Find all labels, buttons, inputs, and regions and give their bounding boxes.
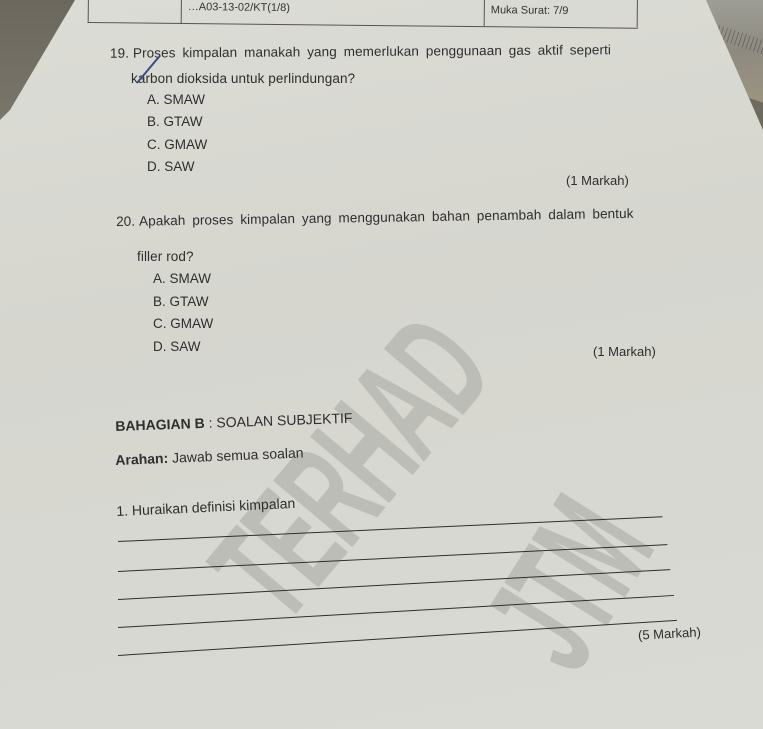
- q19-option-b[interactable]: B. GTAW: [147, 114, 203, 129]
- question-text: Proses kimpalan manakah yang memerlukan …: [133, 42, 611, 60]
- answer-line[interactable]: [118, 569, 670, 600]
- q19-option-a[interactable]: A. SMAW: [147, 92, 205, 107]
- answer-line[interactable]: [118, 516, 662, 542]
- section-b-title: BAHAGIAN B : SOALAN SUBJEKTIF: [115, 410, 353, 434]
- q20-option-a[interactable]: A. SMAW: [153, 271, 211, 286]
- q20-option-b[interactable]: B. GTAW: [153, 294, 209, 309]
- question-number: 20.: [116, 214, 135, 229]
- answer-line[interactable]: [118, 544, 667, 572]
- section-b-marks: (5 Markah): [638, 624, 702, 642]
- section-subtitle: : SOALAN SUBJEKTIF: [208, 410, 352, 431]
- exam-paper: …A03-13-02/KT(1/8) Muka Surat: 7/9 TERHA…: [0, 0, 763, 729]
- answer-line[interactable]: [118, 595, 674, 628]
- instructions: Arahan: Jawab semua soalan: [115, 444, 304, 468]
- answer-line[interactable]: [118, 620, 677, 656]
- q19-marks: (1 Markah): [566, 173, 629, 188]
- instruction-text: Jawab semua soalan: [172, 444, 304, 465]
- question-19: 19. Proses kimpalan manakah yang memerlu…: [110, 42, 611, 60]
- question-20: 20. Apakah proses kimpalan yang mengguna…: [116, 206, 634, 229]
- q19-option-c[interactable]: C. GMAW: [147, 137, 207, 152]
- q20-option-c[interactable]: C. GMAW: [153, 316, 213, 331]
- question-text: Apakah proses kimpalan yang menggunakan …: [139, 206, 634, 229]
- section-label: BAHAGIAN B: [115, 415, 205, 434]
- q20-option-d[interactable]: D. SAW: [153, 339, 201, 354]
- question-number: 19.: [110, 46, 129, 61]
- q20-marks: (1 Markah): [593, 344, 656, 359]
- q19-option-d[interactable]: D. SAW: [147, 159, 195, 174]
- instruction-label: Arahan:: [115, 450, 169, 468]
- question-19-line2: karbon dioksida untuk perlindungan?: [131, 71, 355, 86]
- question-20-line2: filler rod?: [137, 249, 194, 264]
- subjective-question-1: 1. Huraikan definisi kimpalan: [116, 495, 296, 519]
